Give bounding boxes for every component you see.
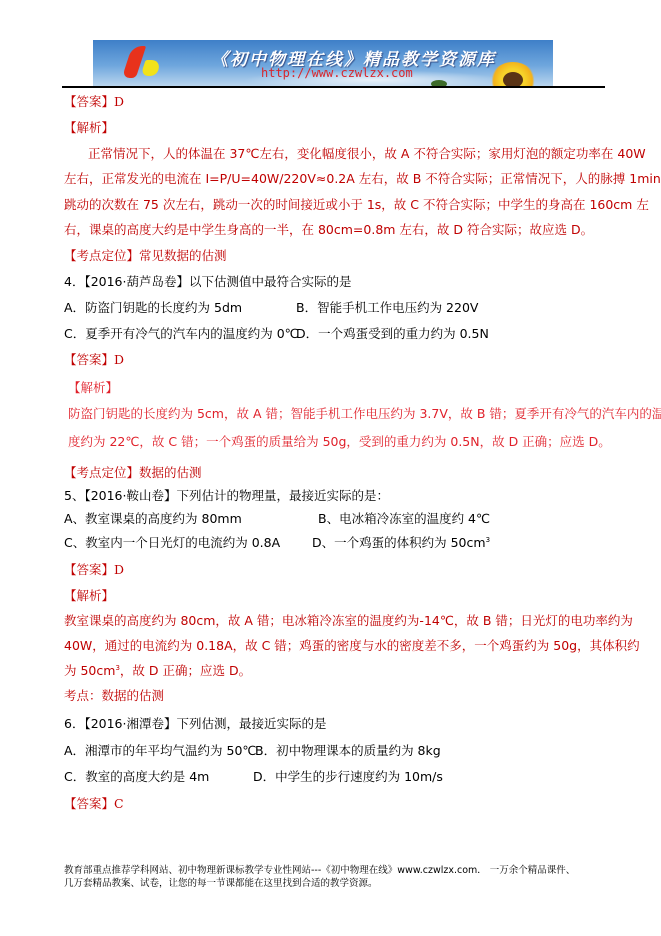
q4-analysis-heading: 【解析】 — [68, 380, 118, 396]
q4-stem: 4．【2016·葫芦岛卷】以下估测值中最符合实际的是 — [64, 274, 352, 290]
answer-value: D — [114, 352, 124, 367]
answer-tag: 【答案】 — [64, 94, 114, 109]
analysis-tag: 【解析】 — [68, 380, 118, 395]
sunflower-core — [503, 72, 523, 86]
superscript: 3 — [486, 536, 490, 544]
q4-option-b: B．智能手机工作电压约为 220V — [296, 300, 478, 316]
header-rule — [62, 86, 605, 88]
answer-tag: 【答案】 — [64, 796, 114, 811]
q5-analysis-line: 为 50cm3，故 D 正确；应选 D。 — [64, 663, 251, 679]
q3-kaodian-line: 【考点定位】常见数据的估测 — [64, 248, 227, 264]
answer-tag: 【答案】 — [64, 352, 114, 367]
q4-analysis-line: 度约为 22℃，故 C 错；一个鸡蛋的质量给为 50g，受到的重力约为 0.5N… — [68, 434, 611, 450]
q6-option-c: C．教室的高度大约是 4m — [64, 769, 209, 785]
q5-option-a: A、教室课桌的高度约为 80mm — [64, 511, 242, 527]
q4-kaodian-line: 【考点定位】数据的估测 — [64, 465, 202, 481]
q3-analysis-heading: 【解析】 — [64, 120, 114, 136]
q4-option-a: A．防盗门钥匙的长度约为 5dm — [64, 300, 242, 316]
kaodian-value: 数据的估测 — [139, 465, 202, 480]
answer-value: C — [114, 796, 124, 811]
header-banner: 《初中物理在线》精品教学资源库 http://www.czwlzx.com — [93, 40, 553, 86]
kaodian-value: 常见数据的估测 — [139, 248, 227, 263]
q5-kaodian-line: 考点：数据的估测 — [64, 688, 164, 704]
footer-line-2: 几万套精品教案、试卷，让您的每一节课都能在这里找到合适的教学资源。 — [64, 877, 378, 890]
q6-option-b: B．初中物理课本的质量约为 8kg — [255, 743, 441, 759]
answer-value: D — [114, 562, 124, 577]
q5-answer-line: 【答案】D — [64, 562, 124, 578]
answer-tag: 【答案】 — [64, 562, 114, 577]
logo-icon-yellow — [140, 60, 161, 76]
q6-option-a: A．湘潭市的年平均气温约为 50℃ — [64, 743, 256, 759]
q5-analysis-line: 教室课桌的高度约为 80cm，故 A 错；电冰箱冷冻室的温度约为-14℃，故 B… — [64, 613, 633, 629]
q4-option-c: C．夏季开有冷气的汽车内的温度约为 0℃ — [64, 326, 299, 342]
analysis-text: 为 50cm — [64, 663, 115, 678]
q6-stem: 6．【2016·湘潭卷】下列估测，最接近实际的是 — [64, 716, 327, 732]
q3-analysis-line: 跳动的次数在 75 次左右，跳动一次的时间接近或小于 1s，故 C 不符合实际；… — [64, 197, 649, 213]
q4-answer-line: 【答案】D — [64, 352, 124, 368]
q6-option-d: D．中学生的步行速度约为 10m/s — [253, 769, 443, 785]
analysis-text: ，故 D 正确；应选 D。 — [120, 663, 251, 678]
answer-value: D — [114, 94, 124, 109]
q5-option-c: C、教室内一个日光灯的电流约为 0.8A — [64, 535, 280, 551]
q5-analysis-line: 40W，通过的电流约为 0.18A，故 C 错；鸡蛋的密度与水的密度差不多，一个… — [64, 638, 640, 654]
q5-option-b: B、电冰箱冷冻室的温度约 4℃ — [318, 511, 490, 527]
analysis-tag: 【解析】 — [64, 120, 114, 135]
kaodian-tag: 【考点定位】 — [64, 248, 139, 263]
footer-line-1: 教育部重点推荐学科网站、初中物理新课标教学专业性网站---《初中物理在线》www… — [64, 864, 575, 877]
q5-option-d-text: D、一个鸡蛋的体积约为 50cm — [312, 535, 486, 550]
sunflower-icon — [490, 62, 536, 86]
kaodian-tag: 【考点定位】 — [64, 465, 139, 480]
q3-analysis-line: 正常情况下，人的体温在 37℃左右，变化幅度很小，故 A 不符合实际；家用灯泡的… — [88, 146, 646, 162]
q5-stem: 5、【2016·鞍山卷】下列估计的物理量，最接近实际的是： — [64, 488, 389, 504]
q3-analysis-line: 左右，正常发光的电流在 I=P/U=40W/220V≈0.2A 左右，故 B 不… — [64, 171, 661, 187]
banner-url: http://www.czwlzx.com — [261, 66, 413, 80]
q5-option-d: D、一个鸡蛋的体积约为 50cm3 — [312, 535, 490, 551]
q4-analysis-line: 防盗门钥匙的长度约为 5cm，故 A 错；智能手机工作电压约为 3.7V，故 B… — [68, 406, 661, 422]
q3-analysis-line: 右，课桌的高度大约是中学生身高的一半，在 80cm=0.8m 左右，故 D 符合… — [64, 222, 593, 238]
analysis-tag: 【解析】 — [64, 588, 114, 603]
q5-analysis-heading: 【解析】 — [64, 588, 114, 604]
q3-answer-line: 【答案】D — [64, 94, 124, 110]
q6-answer-line: 【答案】C — [64, 796, 124, 812]
q4-option-d: D．一个鸡蛋受到的重力约为 0.5N — [296, 326, 489, 342]
